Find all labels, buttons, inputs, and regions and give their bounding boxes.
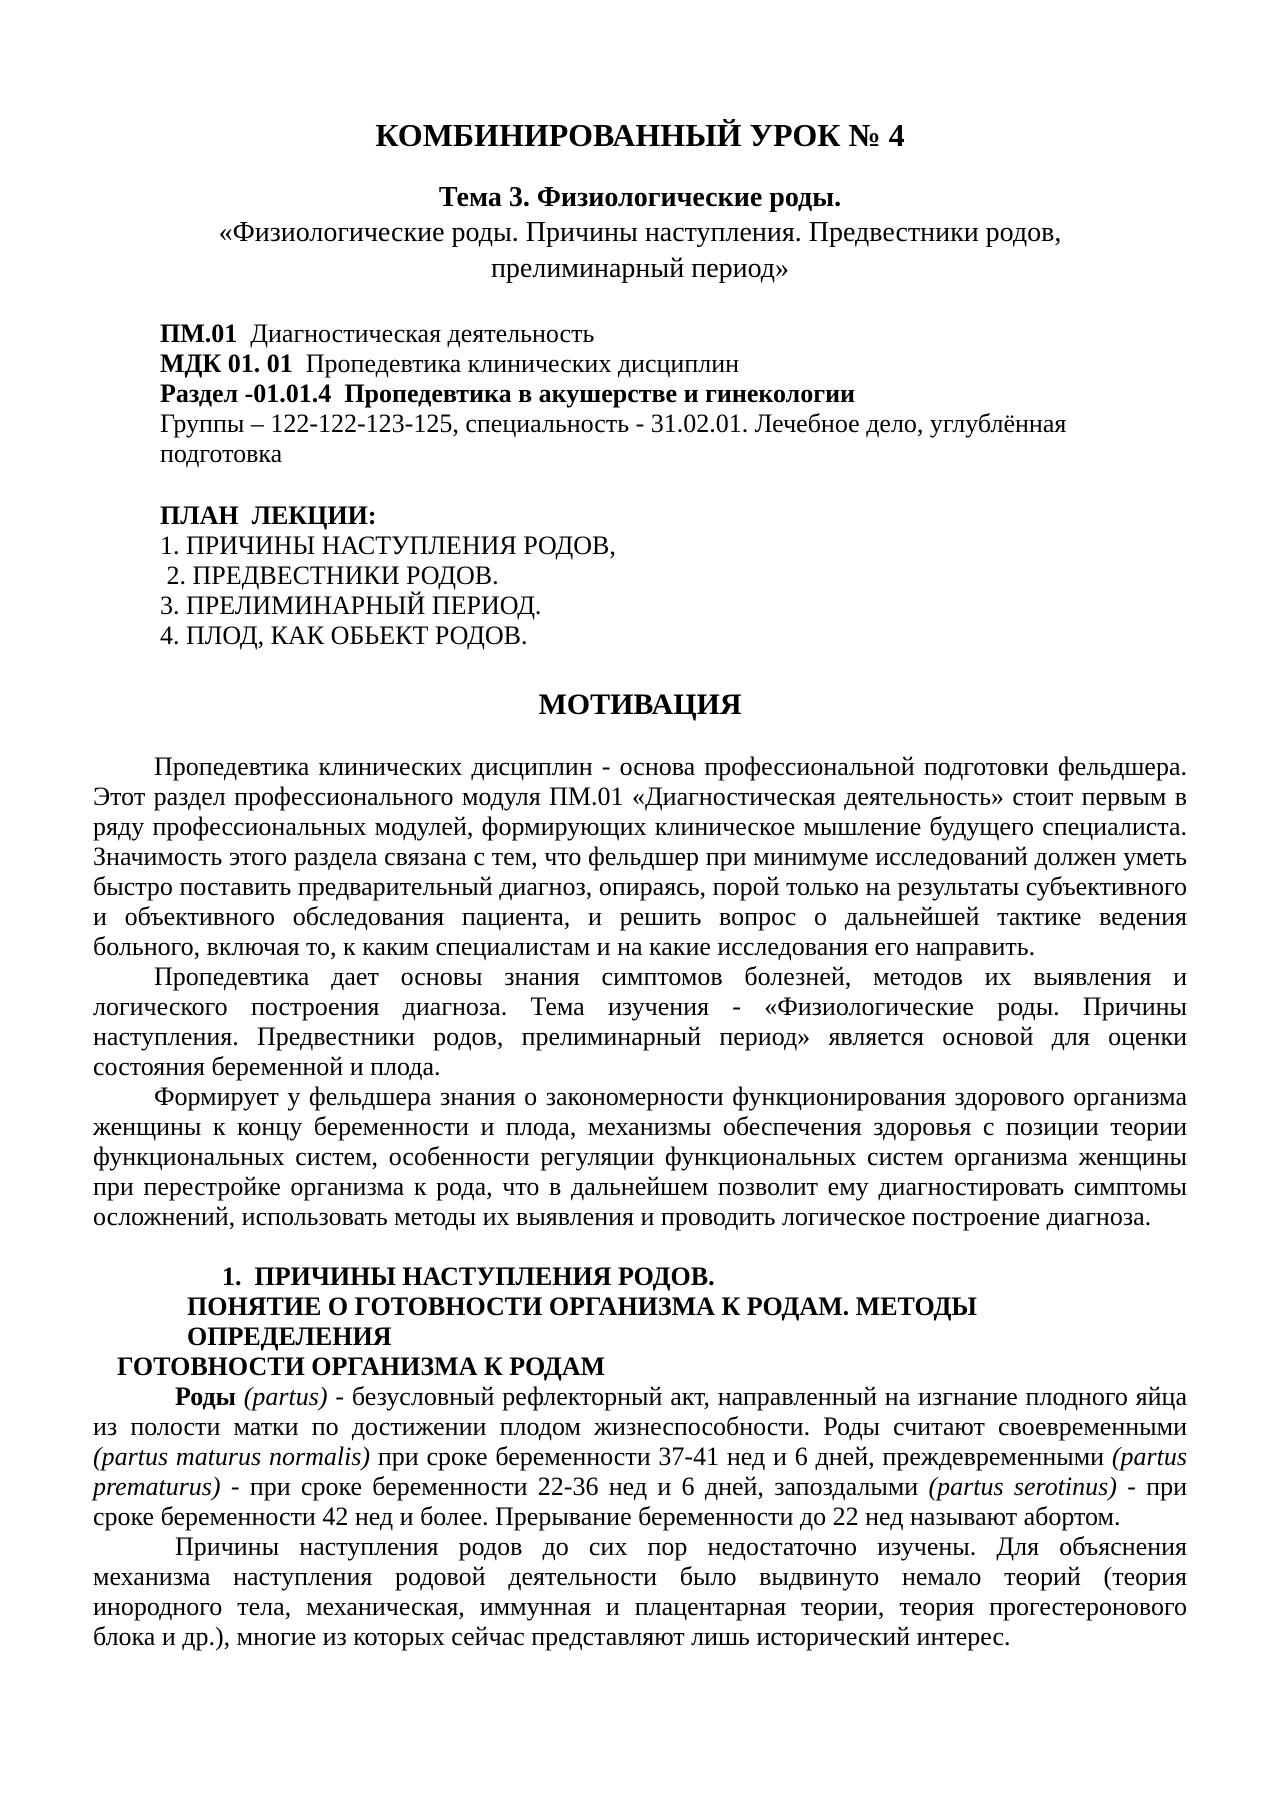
section-1-heading: 1. ПРИЧИНЫ НАСТУПЛЕНИЯ РОДОВ. ПОНЯТИЕ О …	[93, 1262, 1187, 1382]
lecture-plan-item-1: 1. ПРИЧИНЫ НАСТУПЛЕНИЯ РОДОВ,	[160, 531, 1187, 561]
course-info-razdel-label: Раздел -01.01.4	[160, 379, 331, 408]
course-info-groups-line-1: Группы – 122-122-123-125, специальность …	[160, 409, 1187, 439]
document-page: КОМБИНИРОВАННЫЙ УРОК № 4 Тема 3. Физиоло…	[0, 0, 1280, 1811]
birth-causes-paragraph: Причины наступления родов до сих пор нед…	[93, 1532, 1187, 1652]
motivation-block: Пропедевтика клинических дисциплин - осн…	[93, 752, 1187, 1232]
course-info-groups-line-2: подготовка	[160, 439, 1187, 469]
lecture-plan-block: ПЛАН ЛЕКЦИИ: 1. ПРИЧИНЫ НАСТУПЛЕНИЯ РОДО…	[93, 501, 1187, 651]
subtitle-line-2: прелиминарный период»	[93, 251, 1187, 287]
motivation-paragraph-2: Пропедевтика дает основы знания симптомо…	[93, 962, 1187, 1082]
course-info-razdel: Раздел -01.01.4 Пропедевтика в акушерств…	[160, 379, 1187, 409]
section-1-heading-line-2: ПОНЯТИЕ О ГОТОВНОСТИ ОРГАНИЗМА К РОДАМ. …	[93, 1292, 1187, 1352]
lecture-plan-heading: ПЛАН ЛЕКЦИИ:	[160, 501, 1187, 531]
section-1-heading-line-3: ГОТОВНОСТИ ОРГАНИЗМА К РОДАМ	[93, 1352, 1187, 1382]
course-info-mdk-text: Пропедевтика клинических дисциплин	[293, 349, 739, 378]
births-term: Роды	[175, 1382, 236, 1411]
course-info-block: ПМ.01 Диагностическая деятельность МДК 0…	[93, 319, 1187, 469]
lecture-plan-item-3: 3. ПРЕЛИМИНАРНЫЙ ПЕРИОД.	[160, 591, 1187, 621]
births-latin-1: (partus)	[244, 1382, 328, 1411]
motivation-heading: МОТИВАЦИЯ	[93, 687, 1187, 723]
course-info-pm-label: ПМ.01	[160, 319, 237, 348]
births-latin-4: (partus serotinus)	[929, 1472, 1117, 1501]
course-info-razdel-text: Пропедевтика в акушерстве и гинекологии	[331, 379, 855, 408]
course-info-mdk: МДК 01. 01 Пропедевтика клинических дисц…	[160, 349, 1187, 379]
motivation-paragraph-1: Пропедевтика клинических дисциплин - осн…	[93, 752, 1187, 962]
section-1-heading-line-1: 1. ПРИЧИНЫ НАСТУПЛЕНИЯ РОДОВ.	[93, 1262, 1187, 1292]
course-info-pm: ПМ.01 Диагностическая деятельность	[160, 319, 1187, 349]
theme-heading: Тема 3. Физиологические роды.	[93, 181, 1187, 215]
subtitle-line-1: «Физиологические роды. Причины наступлен…	[93, 215, 1187, 251]
births-definition-paragraph: Роды (partus) - безусловный рефлекторный…	[93, 1382, 1187, 1532]
course-info-mdk-label: МДК 01. 01	[160, 349, 293, 378]
lesson-title: КОМБИНИРОВАННЫЙ УРОК № 4	[93, 115, 1187, 155]
course-info-pm-text: Диагностическая деятельность	[237, 319, 594, 348]
births-latin-2: (partus maturus normalis)	[93, 1442, 370, 1471]
lecture-plan-item-4: 4. ПЛОД, КАК ОБЬЕКТ РОДОВ.	[160, 621, 1187, 651]
motivation-paragraph-3: Формирует у фельдшера знания о закономер…	[93, 1082, 1187, 1232]
lecture-plan-item-2: 2. ПРЕДВЕСТНИКИ РОДОВ.	[160, 561, 1187, 591]
